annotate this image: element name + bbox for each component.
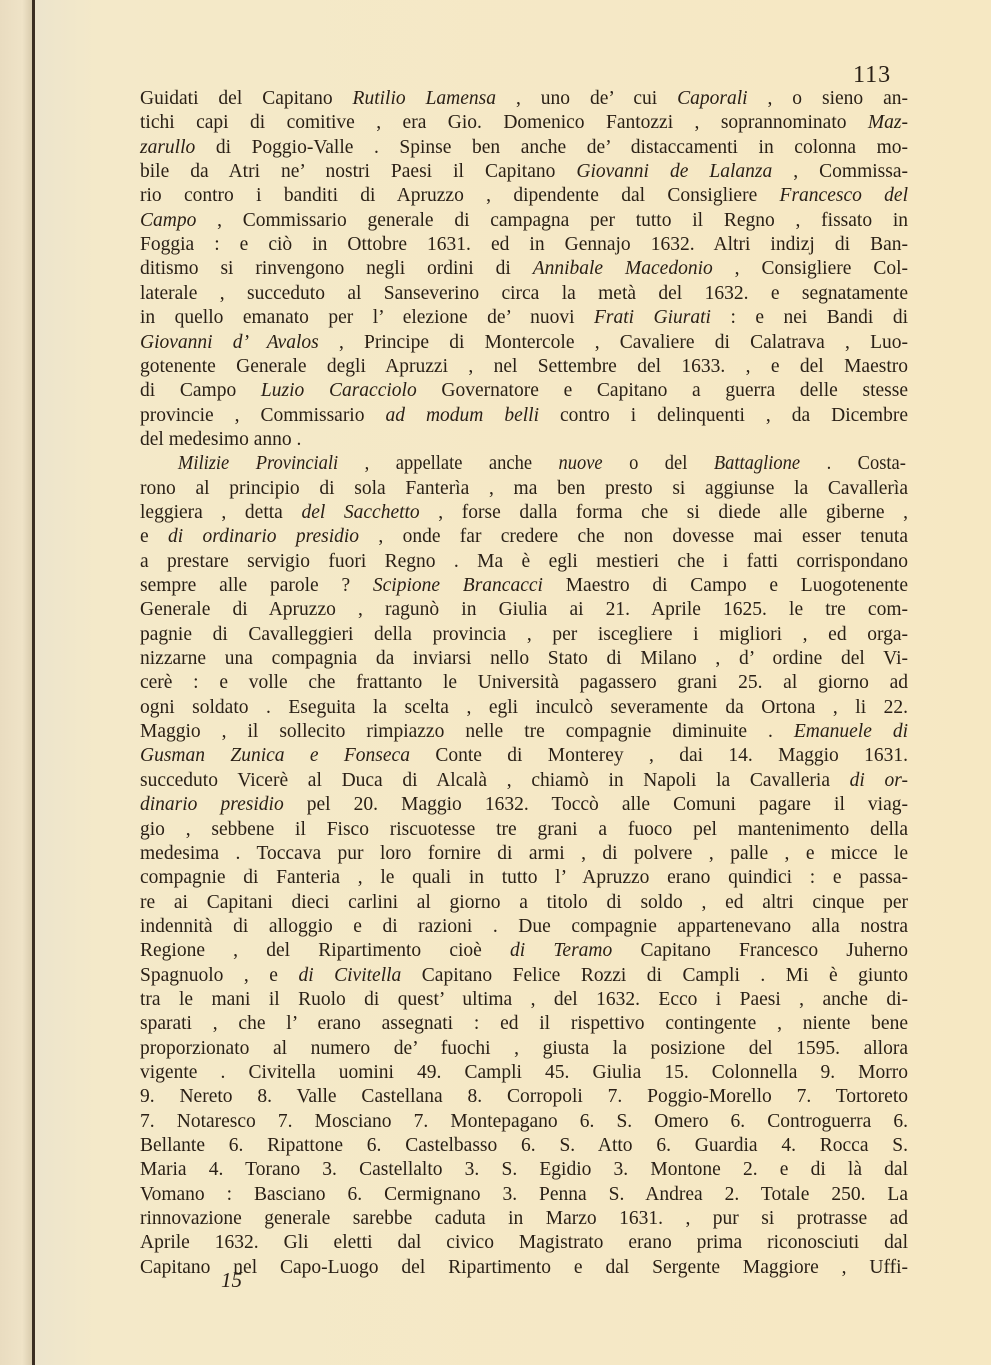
italic-text: Emanuele di bbox=[794, 721, 908, 742]
italic-text: ad modum belli bbox=[385, 405, 539, 426]
italic-text: Luzio Caracciolo bbox=[261, 380, 417, 401]
text-line: tichi capi di comitive , era Gio. Domeni… bbox=[140, 111, 908, 135]
text-run: sparati , che l’ erano assegnati : ed il… bbox=[140, 1013, 908, 1034]
text-line: Regione , del Ripartimento cioè di Teram… bbox=[140, 939, 908, 963]
text-line: succeduto Vicerè al Duca di Alcalà , chi… bbox=[140, 769, 908, 793]
text-line: del medesimo anno . bbox=[140, 428, 301, 452]
text-line: Maria 4. Torano 3. Castellalto 3. S. Egi… bbox=[140, 1158, 908, 1182]
italic-text: Giovanni d’ Avalos bbox=[140, 332, 319, 353]
text-run: Conte di Monterey , dai 14. Maggio 1631. bbox=[410, 745, 908, 766]
text-run: Capitano Felice Rozzi di Campli . Mi è g… bbox=[401, 965, 908, 986]
text-run: , Commissario generale di campagna per t… bbox=[196, 210, 908, 231]
italic-text: nuove bbox=[558, 453, 602, 474]
italic-text: Annibale Macedonio bbox=[533, 258, 713, 279]
text-run: tichi capi di comitive , era Gio. Domeni… bbox=[140, 112, 868, 133]
italic-text: Francesco del bbox=[780, 185, 908, 206]
text-run: re ai Capitani dieci carlini al giorno a… bbox=[140, 892, 908, 913]
signature-mark: 15 bbox=[221, 1268, 242, 1293]
italic-text: Frati Giurati bbox=[594, 307, 711, 328]
text-line: laterale , succeduto al Sanseverino circ… bbox=[140, 282, 908, 306]
text-line: in quello emanato per l’ elezione de’ nu… bbox=[140, 306, 908, 330]
text-run: Spagnuolo , e bbox=[140, 965, 298, 986]
text-run: provincie , Commissario bbox=[140, 405, 385, 426]
text-line: Vomano : Basciano 6. Cermignano 3. Penna… bbox=[140, 1183, 908, 1207]
text-line: ogni soldato . Eseguita la scelta , egli… bbox=[140, 696, 908, 720]
text-run: . Costa- bbox=[800, 453, 906, 474]
text-run: Capitano nel Capo-Luogo del Ripartimento… bbox=[140, 1257, 908, 1278]
text-line: Capitano nel Capo-Luogo del Ripartimento… bbox=[140, 1256, 908, 1280]
text-line: Giovanni d’ Avalos , Principe di Monterc… bbox=[140, 331, 908, 355]
italic-text: Milizie Provinciali bbox=[178, 453, 338, 474]
text-run: , appellate anche bbox=[338, 453, 558, 474]
text-run: rio contro i banditi di Apruzzo , dipend… bbox=[140, 185, 780, 206]
text-run: , uno de’ cui bbox=[496, 88, 677, 109]
text-run: vigente . Civitella uomini 49. Campli 45… bbox=[140, 1062, 908, 1083]
text-run: Maestro di Campo e Luogotenente bbox=[543, 575, 908, 596]
text-line: compagnie di Fanteria , le quali in tutt… bbox=[140, 866, 908, 890]
text-line: pagnie di Cavalleggieri della provincia … bbox=[140, 623, 908, 647]
text-line: bile da Atri ne’ nostri Paesi il Capitan… bbox=[140, 160, 908, 184]
text-line: e di ordinario presidio , onde far crede… bbox=[140, 525, 908, 549]
text-line: 9. Nereto 8. Valle Castellana 8. Corropo… bbox=[140, 1085, 908, 1109]
text-run: medesima . Toccava pur loro fornire di a… bbox=[140, 843, 908, 864]
italic-text: Rutilio Lamensa bbox=[353, 88, 496, 109]
text-run: 7. Notaresco 7. Mosciano 7. Montepagano … bbox=[140, 1111, 908, 1132]
text-line: gotenente Generale degli Apruzzi , nel S… bbox=[140, 355, 908, 379]
text-run: laterale , succeduto al Sanseverino circ… bbox=[140, 283, 908, 304]
text-line: tra le mani il Ruolo di quest’ ultima , … bbox=[140, 988, 908, 1012]
text-run: , Commissa- bbox=[772, 161, 908, 182]
text-line: gio , sebbene il Fisco riscuotesse tre g… bbox=[140, 818, 908, 842]
text-line: ditismo si rinvengono negli ordini di An… bbox=[140, 257, 908, 281]
text-line: Foggia : e ciò in Ottobre 1631. ed in Ge… bbox=[140, 233, 908, 257]
text-run: , Consigliere Col- bbox=[713, 258, 908, 279]
text-run: , onde far credere che non dovesse mai e… bbox=[359, 526, 908, 547]
text-run: ditismo si rinvengono negli ordini di bbox=[140, 258, 533, 279]
text-run: gio , sebbene il Fisco riscuotesse tre g… bbox=[140, 819, 908, 840]
text-run: Guidati del Capitano bbox=[140, 88, 353, 109]
text-run: contro i delinquenti , da Dicembre bbox=[539, 405, 908, 426]
text-run: di Poggio-Valle . Spinse ben anche de’ d… bbox=[195, 137, 908, 158]
text-line: Aprile 1632. Gli eletti dal civico Magis… bbox=[140, 1231, 908, 1255]
text-run: cerè : e volle che frattanto le Universi… bbox=[140, 672, 908, 693]
text-line: rio contro i banditi di Apruzzo , dipend… bbox=[140, 184, 908, 208]
italic-text: dinario presidio bbox=[140, 794, 284, 815]
italic-text: di Civitella bbox=[298, 965, 401, 986]
text-run: indennità di alloggio e di razioni . Due… bbox=[140, 916, 908, 937]
text-run: succeduto Vicerè al Duca di Alcalà , chi… bbox=[140, 770, 850, 791]
text-line: re ai Capitani dieci carlini al giorno a… bbox=[140, 891, 908, 915]
text-run: , o sieno an- bbox=[748, 88, 908, 109]
italic-text: zarullo bbox=[140, 137, 195, 158]
text-line: a prestare servigio fuori Regno . Ma è e… bbox=[140, 550, 908, 574]
text-run: Maria 4. Torano 3. Castellalto 3. S. Egi… bbox=[140, 1159, 908, 1180]
text-run: rinnovazione generale sarebbe caduta in … bbox=[140, 1208, 908, 1229]
text-line: Bellante 6. Ripattone 6. Castelbasso 6. … bbox=[140, 1134, 908, 1158]
page-number: 113 bbox=[853, 62, 891, 89]
text-run: compagnie di Fanteria , le quali in tutt… bbox=[140, 867, 908, 888]
italic-text: del Sacchetto bbox=[301, 502, 419, 523]
text-run: o del bbox=[603, 453, 714, 474]
text-run: ogni soldato . Eseguita la scelta , egli… bbox=[140, 697, 908, 718]
text-run: , Principe di Montercole , Cavaliere di … bbox=[319, 332, 908, 353]
text-run: leggiera , detta bbox=[140, 502, 301, 523]
text-run: di Campo bbox=[140, 380, 261, 401]
text-run: a prestare servigio fuori Regno . Ma è e… bbox=[140, 551, 908, 572]
text-run: , forse dalla forma che si diede alle gi… bbox=[420, 502, 908, 523]
text-line: medesima . Toccava pur loro fornire di a… bbox=[140, 842, 908, 866]
text-line: sparati , che l’ erano assegnati : ed il… bbox=[140, 1012, 908, 1036]
text-run: tra le mani il Ruolo di quest’ ultima , … bbox=[140, 989, 908, 1010]
text-run: Foggia : e ciò in Ottobre 1631. ed in Ge… bbox=[140, 234, 908, 255]
text-run: : e nei Bandi di bbox=[711, 307, 908, 328]
text-run: proporzionato al numero de’ fuochi , giu… bbox=[140, 1038, 908, 1059]
italic-text: di Teramo bbox=[510, 940, 612, 961]
text-run: pagnie di Cavalleggieri della provincia … bbox=[140, 624, 908, 645]
text-line: Maggio , il sollecito rimpiazzo nelle tr… bbox=[140, 720, 908, 744]
italic-text: di or- bbox=[850, 770, 908, 791]
text-line: sempre alle parole ? Scipione Brancacci … bbox=[140, 574, 908, 598]
text-run: bile da Atri ne’ nostri Paesi il Capitan… bbox=[140, 161, 576, 182]
text-line: leggiera , detta del Sacchetto , forse d… bbox=[140, 501, 908, 525]
italic-text: Caporali bbox=[677, 88, 747, 109]
text-run: Capitano Francesco Juherno bbox=[612, 940, 908, 961]
italic-text: Campo bbox=[140, 210, 196, 231]
italic-text: Gusman Zunica e Fonseca bbox=[140, 745, 410, 766]
text-run: 9. Nereto 8. Valle Castellana 8. Corropo… bbox=[140, 1086, 908, 1107]
italic-text: Maz- bbox=[868, 112, 908, 133]
text-run: Vomano : Basciano 6. Cermignano 3. Penna… bbox=[140, 1184, 908, 1205]
text-line: Milizie Provinciali , appellate anche nu… bbox=[140, 452, 906, 476]
text-line: Generale di Apruzzo , ragunò in Giulia a… bbox=[140, 598, 908, 622]
text-line: rinnovazione generale sarebbe caduta in … bbox=[140, 1207, 908, 1231]
text-line: Campo , Commissario generale di campagna… bbox=[140, 209, 908, 233]
text-run: Generale di Apruzzo , ragunò in Giulia a… bbox=[140, 599, 908, 620]
text-run: in quello emanato per l’ elezione de’ nu… bbox=[140, 307, 594, 328]
text-run: Bellante 6. Ripattone 6. Castelbasso 6. … bbox=[140, 1135, 908, 1156]
text-run: rono al principio di sola Fanterìa , ma … bbox=[140, 478, 908, 499]
text-run: Governatore e Capitano a guerra delle st… bbox=[417, 380, 908, 401]
text-line: cerè : e volle che frattanto le Universi… bbox=[140, 671, 908, 695]
italic-text: Giovanni de Lalanza bbox=[576, 161, 772, 182]
text-line: zarullo di Poggio-Valle . Spinse ben anc… bbox=[140, 136, 908, 160]
text-line: vigente . Civitella uomini 49. Campli 45… bbox=[140, 1061, 908, 1085]
text-line: proporzionato al numero de’ fuochi , giu… bbox=[140, 1037, 908, 1061]
text-run: nizzarne una compagnia da inviarsi nello… bbox=[140, 648, 908, 669]
text-run: gotenente Generale degli Apruzzi , nel S… bbox=[140, 356, 908, 377]
text-line: rono al principio di sola Fanterìa , ma … bbox=[140, 477, 908, 501]
text-run: Maggio , il sollecito rimpiazzo nelle tr… bbox=[140, 721, 794, 742]
text-line: dinario presidio pel 20. Maggio 1632. To… bbox=[140, 793, 908, 817]
text-run: Regione , del Ripartimento cioè bbox=[140, 940, 510, 961]
text-run: sempre alle parole ? bbox=[140, 575, 373, 596]
text-line: di Campo Luzio Caracciolo Governatore e … bbox=[140, 379, 908, 403]
facing-page-edge bbox=[0, 0, 32, 1365]
text-run: del medesimo anno . bbox=[140, 429, 301, 450]
text-run: e bbox=[140, 526, 168, 547]
text-line: indennità di alloggio e di razioni . Due… bbox=[140, 915, 908, 939]
text-line: provincie , Commissario ad modum belli c… bbox=[140, 404, 908, 428]
book-page: 113 Guidati del Capitano Rutilio Lamensa… bbox=[35, 0, 991, 1365]
text-line: Gusman Zunica e Fonseca Conte di Montere… bbox=[140, 744, 908, 768]
italic-text: di ordinario presidio bbox=[168, 526, 359, 547]
text-run: pel 20. Maggio 1632. Toccò alle Comuni p… bbox=[284, 794, 908, 815]
text-line: 7. Notaresco 7. Mosciano 7. Montepagano … bbox=[140, 1110, 908, 1134]
italic-text: Scipione Brancacci bbox=[373, 575, 543, 596]
text-run: Aprile 1632. Gli eletti dal civico Magis… bbox=[140, 1232, 908, 1253]
text-line: Spagnuolo , e di Civitella Capitano Feli… bbox=[140, 964, 908, 988]
text-line: Guidati del Capitano Rutilio Lamensa , u… bbox=[140, 87, 908, 111]
italic-text: Battaglione bbox=[714, 453, 800, 474]
text-line: nizzarne una compagnia da inviarsi nello… bbox=[140, 647, 908, 671]
